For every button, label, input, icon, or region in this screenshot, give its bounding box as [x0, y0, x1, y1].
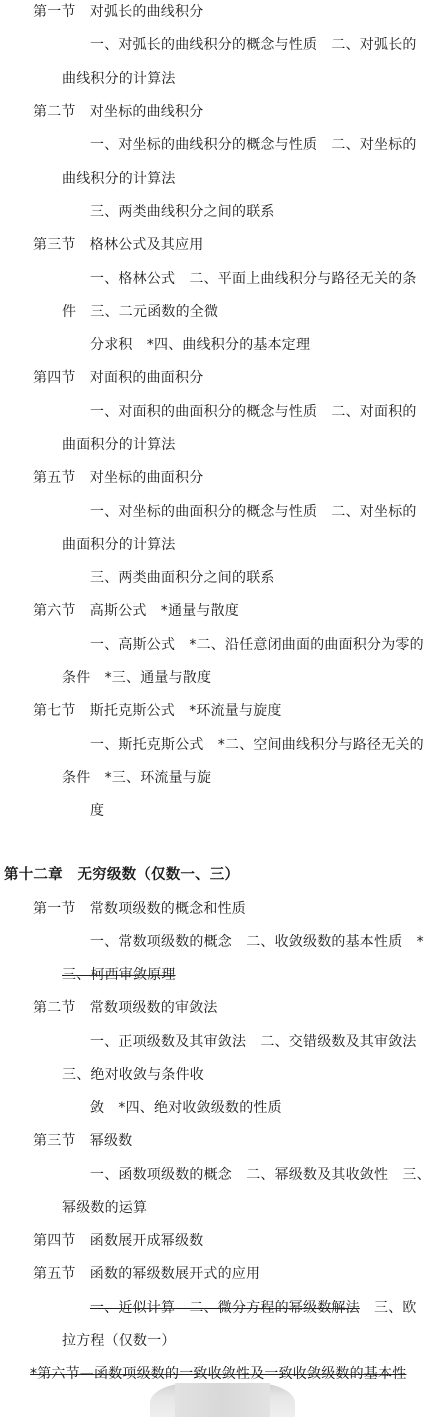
section-line: 第六节 高斯公式 *通量与散度 [33, 602, 239, 620]
section-line: 第七节 斯托克斯公式 *环流量与旋度 [33, 702, 282, 720]
line-text: 条件 *三、环流量与旋 [62, 770, 211, 786]
continuation-line: 条件 *三、环流量与旋 [62, 769, 211, 787]
section-line: 第五节 对坐标的曲面积分 [33, 469, 203, 487]
line-text: 一、函数项级数的概念 二、幂级数及其收敛性 三、 [90, 1167, 431, 1183]
line-text: 曲线积分的计算法 [62, 71, 176, 87]
continuation-line: 曲线积分的计算法 [62, 170, 176, 188]
line-text: 一、正项级数及其审敛法 二、交错级数及其审敛法 [90, 1034, 417, 1050]
item-line: 度 [90, 802, 104, 820]
continuation-line: 三、柯西审敛原理 [62, 966, 176, 984]
line-text: 分求积 *四、曲线积分的基本定理 [90, 337, 310, 353]
line-text: 幂级数的运算 [62, 1200, 147, 1216]
bottom-overlay-inner [175, 1383, 270, 1417]
line-text: 三、绝对收敛与条件收 [62, 1067, 204, 1083]
line-text: 条件 *三、通量与散度 [62, 670, 211, 686]
plain-text: 三、欧 [360, 1300, 417, 1316]
line-text: 第十二章 无穷级数（仅数一、三） [4, 867, 239, 883]
item-line: 一、对坐标的曲面积分的概念与性质 二、对坐标的 [90, 503, 417, 521]
continuation-line: 条件 *三、通量与散度 [62, 669, 211, 687]
line-text: 三、两类曲线积分之间的联系 [90, 204, 275, 220]
section-line: 第一节 常数项级数的概念和性质 [33, 900, 246, 918]
continuation-line: 拉方程（仅数一） [62, 1332, 176, 1350]
section-line: 第三节 幂级数 [33, 1132, 132, 1150]
line-text: 一、对弧长的曲线积分的概念与性质 二、对弧长的 [90, 37, 417, 53]
item-line: 分求积 *四、曲线积分的基本定理 [90, 336, 310, 354]
bottom-overlay-shape [150, 1383, 295, 1417]
line-text: 一、格林公式 二、平面上曲线积分与路径无关的条 [90, 271, 417, 287]
section-line: 第一节 对弧长的曲线积分 [33, 3, 203, 21]
line-text: 一、斯托克斯公式 *二、空间曲线积分与路径无关的 [90, 737, 424, 753]
line-text: 第四节 对面积的曲面积分 [33, 370, 203, 386]
line-text: 度 [90, 803, 104, 819]
line-text: 第二节 常数项级数的审敛法 [33, 1000, 218, 1016]
section-line: 第四节 对面积的曲面积分 [33, 369, 203, 387]
line-text: 第四节 函数展开成幂级数 [33, 1233, 203, 1249]
line-text: 敛 *四、绝对收敛级数的性质 [90, 1100, 282, 1116]
line-text: 一、对坐标的曲面积分的概念与性质 二、对坐标的 [90, 504, 417, 520]
item-line: 一、格林公式 二、平面上曲线积分与路径无关的条 [90, 270, 417, 288]
continuation-line: 曲线积分的计算法 [62, 70, 176, 88]
item-line: 一、高斯公式 *二、沿任意闭曲面的曲面积分为零的 [90, 636, 424, 654]
line-text: 曲面积分的计算法 [62, 537, 176, 553]
continuation-line: 曲面积分的计算法 [62, 536, 176, 554]
continuation-line: 幂级数的运算 [62, 1199, 147, 1217]
item-line: 一、常数项级数的概念 二、收敛级数的基本性质 * [90, 933, 424, 951]
line-text: 第三节 格林公式及其应用 [33, 237, 203, 253]
line-text: 曲线积分的计算法 [62, 171, 176, 187]
item-line: 一、正项级数及其审敛法 二、交错级数及其审敛法 [90, 1033, 417, 1051]
line-text: 拉方程（仅数一） [62, 1333, 176, 1349]
line-text: 第六节 高斯公式 *通量与散度 [33, 603, 239, 619]
line-text: 三、两类曲面积分之间的联系 [90, 570, 275, 586]
continuation-line: 曲面积分的计算法 [62, 436, 176, 454]
section-line: *第六节—函数项级数的一致收敛性及一致收敛级数的基本性 [30, 1365, 406, 1383]
line-text: 第五节 函数的幂级数展开式的应用 [33, 1266, 260, 1282]
line-text: 一、高斯公式 *二、沿任意闭曲面的曲面积分为零的 [90, 637, 424, 653]
struck-text: 一、近似计算 二、微分方程的幂级数解法 [90, 1300, 360, 1316]
line-text: 第一节 对弧长的曲线积分 [33, 4, 203, 20]
struck-text: *第六节—函数项级数的一致收敛性及一致收敛级数的基本性 [30, 1366, 406, 1382]
section-line: 第二节 常数项级数的审敛法 [33, 999, 218, 1017]
section-line: 第四节 函数展开成幂级数 [33, 1232, 203, 1250]
line-text: 第三节 幂级数 [33, 1133, 132, 1149]
item-line: 一、对面积的曲面积分的概念与性质 二、对面积的 [90, 403, 417, 421]
section-line: 第三节 格林公式及其应用 [33, 236, 203, 254]
item-line: 敛 *四、绝对收敛级数的性质 [90, 1099, 282, 1117]
line-text: 一、常数项级数的概念 二、收敛级数的基本性质 * [90, 934, 424, 950]
continuation-line: 件 三、二元函数的全微 [62, 303, 218, 321]
item-line: 一、对弧长的曲线积分的概念与性质 二、对弧长的 [90, 36, 417, 54]
item-line: 一、对坐标的曲线积分的概念与性质 二、对坐标的 [90, 136, 417, 154]
item-line: 一、斯托克斯公式 *二、空间曲线积分与路径无关的 [90, 736, 424, 754]
item-line: 三、两类曲线积分之间的联系 [90, 203, 275, 221]
line-text: 曲面积分的计算法 [62, 437, 176, 453]
line-text: 第二节 对坐标的曲线积分 [33, 104, 203, 120]
item-line: 一、近似计算 二、微分方程的幂级数解法 三、欧 [90, 1299, 417, 1317]
struck-text: 三、柯西审敛原理 [62, 967, 176, 983]
line-text: 一、对面积的曲面积分的概念与性质 二、对面积的 [90, 404, 417, 420]
item-line: 一、函数项级数的概念 二、幂级数及其收敛性 三、 [90, 1166, 431, 1184]
section-line: 第二节 对坐标的曲线积分 [33, 103, 203, 121]
line-text: 第七节 斯托克斯公式 *环流量与旋度 [33, 703, 282, 719]
line-text: 一、对坐标的曲线积分的概念与性质 二、对坐标的 [90, 137, 417, 153]
line-text: 第五节 对坐标的曲面积分 [33, 470, 203, 486]
continuation-line: 三、绝对收敛与条件收 [62, 1066, 204, 1084]
line-text: 件 三、二元函数的全微 [62, 304, 218, 320]
line-text: 第一节 常数项级数的概念和性质 [33, 901, 246, 917]
chapter-line: 第十二章 无穷级数（仅数一、三） [4, 866, 239, 884]
item-line: 三、两类曲面积分之间的联系 [90, 569, 275, 587]
section-line: 第五节 函数的幂级数展开式的应用 [33, 1265, 260, 1283]
